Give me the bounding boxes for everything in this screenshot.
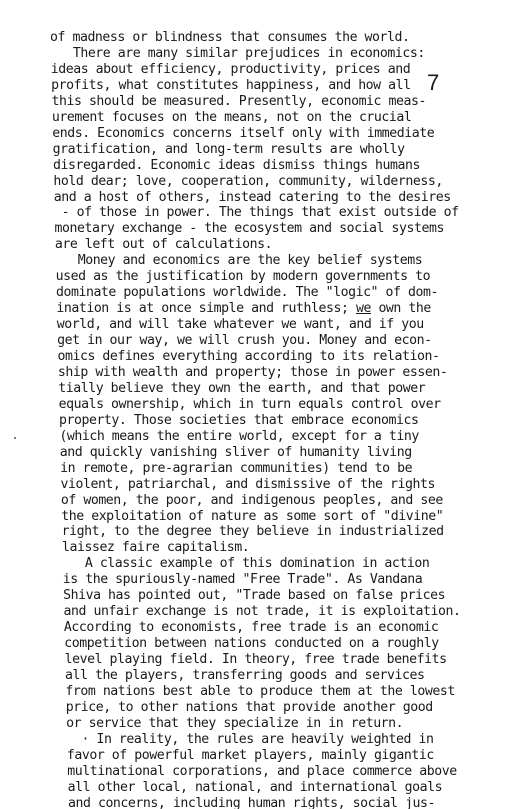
text-line: competition between nations conducted on… [64,636,438,652]
text-line: ship with wealth and property; those in … [58,365,447,381]
text-line: price, to other nations that provide ano… [66,700,433,716]
text-line: profits, what constitutes happiness, and… [51,78,411,94]
text-line: dominate populations worldwide. The "log… [56,285,438,301]
text-line: There are many similar prejudices in eco… [50,46,424,62]
emphasized-word: we [356,301,371,316]
text-line: tially believe they own the earth, and t… [58,381,425,397]
text-line: Shiva has pointed out, "Trade based on f… [63,588,445,604]
text-line: in remote, pre-agrarian communities) ten… [60,461,412,477]
text-line: world, and will take whatever we want, a… [57,317,424,333]
text-line: A classic example of this domination in … [62,556,429,572]
text-line: Money and economics are the key belief s… [55,253,422,269]
text-line: the exploitation of nature as some sort … [61,509,443,525]
text-line: and a host of others, instead catering t… [54,190,451,206]
text-line: ination is at once simple and ruthless; … [56,301,431,317]
text-line: disregarded. Economic ideas dismiss thin… [53,158,420,174]
text-line: or service that they specialize in in re… [66,716,403,732]
text-line: used as the justification by modern gove… [56,269,430,285]
text-line: get in our way, we will crush you. Money… [57,333,431,349]
text-line: ideas about efficiency, productivity, pr… [51,62,411,78]
text-line: ends. Economics concerns itself only wit… [52,126,434,142]
text-line: gratification, and long-term results are… [53,142,405,158]
text-line: violent, patriarchal, and dismissive of … [61,477,435,493]
text-line: laissez faire capitalism. [62,540,249,556]
text-line: is the spuriously-named "Free Trade". As… [63,572,423,588]
text-line: from nations best able to produce them a… [65,684,454,700]
text-line: right, to the degree they believe in ind… [62,524,444,540]
text-line: omics defines everything according to it… [58,349,440,365]
scanned-document-page: 7 of madness or blindness that consumes … [0,0,525,809]
text-line: of madness or blindness that consumes th… [50,30,410,46]
text-line: and unfair exchange is not trade, it is … [64,604,461,620]
text-line: urement focuses on the means, not on the… [52,110,412,126]
text-line: · In reality, the rules are heavily weig… [67,732,434,748]
text-line: favor of powerful market players, mainly… [67,748,434,764]
text-line: multinational corporations, and place co… [67,764,456,780]
text-line: all the players, transferring goods and … [65,668,425,684]
text-line: According to economists, free trade is a… [64,620,438,636]
text-line: of women, the poor, and indigenous peopl… [61,493,443,509]
text-line: hold dear; love, cooperation, community,… [53,174,442,190]
text-line: level playing field. In theory, free tra… [65,652,447,668]
text-line: this should be measured. Presently, econ… [52,94,426,110]
text-line: equals ownership, which in turn equals c… [59,397,441,413]
text-line: and quickly vanishing sliver of humanity… [60,445,412,461]
scan-artifact-dot [14,437,16,439]
text-line: are left out of calculations. [55,237,272,253]
text-line: all other local, national, and internati… [68,780,442,796]
text-line: and concerns, including human rights, so… [68,796,435,809]
page-number: 7 [427,70,439,96]
text-line: property. Those societies that embrace e… [59,413,419,429]
text-line: - of those in power. The things that exi… [54,205,458,221]
text-line: monetary exchange - the ecosystem and so… [55,221,444,237]
text-line: (which means the entire world, except fo… [59,429,419,445]
